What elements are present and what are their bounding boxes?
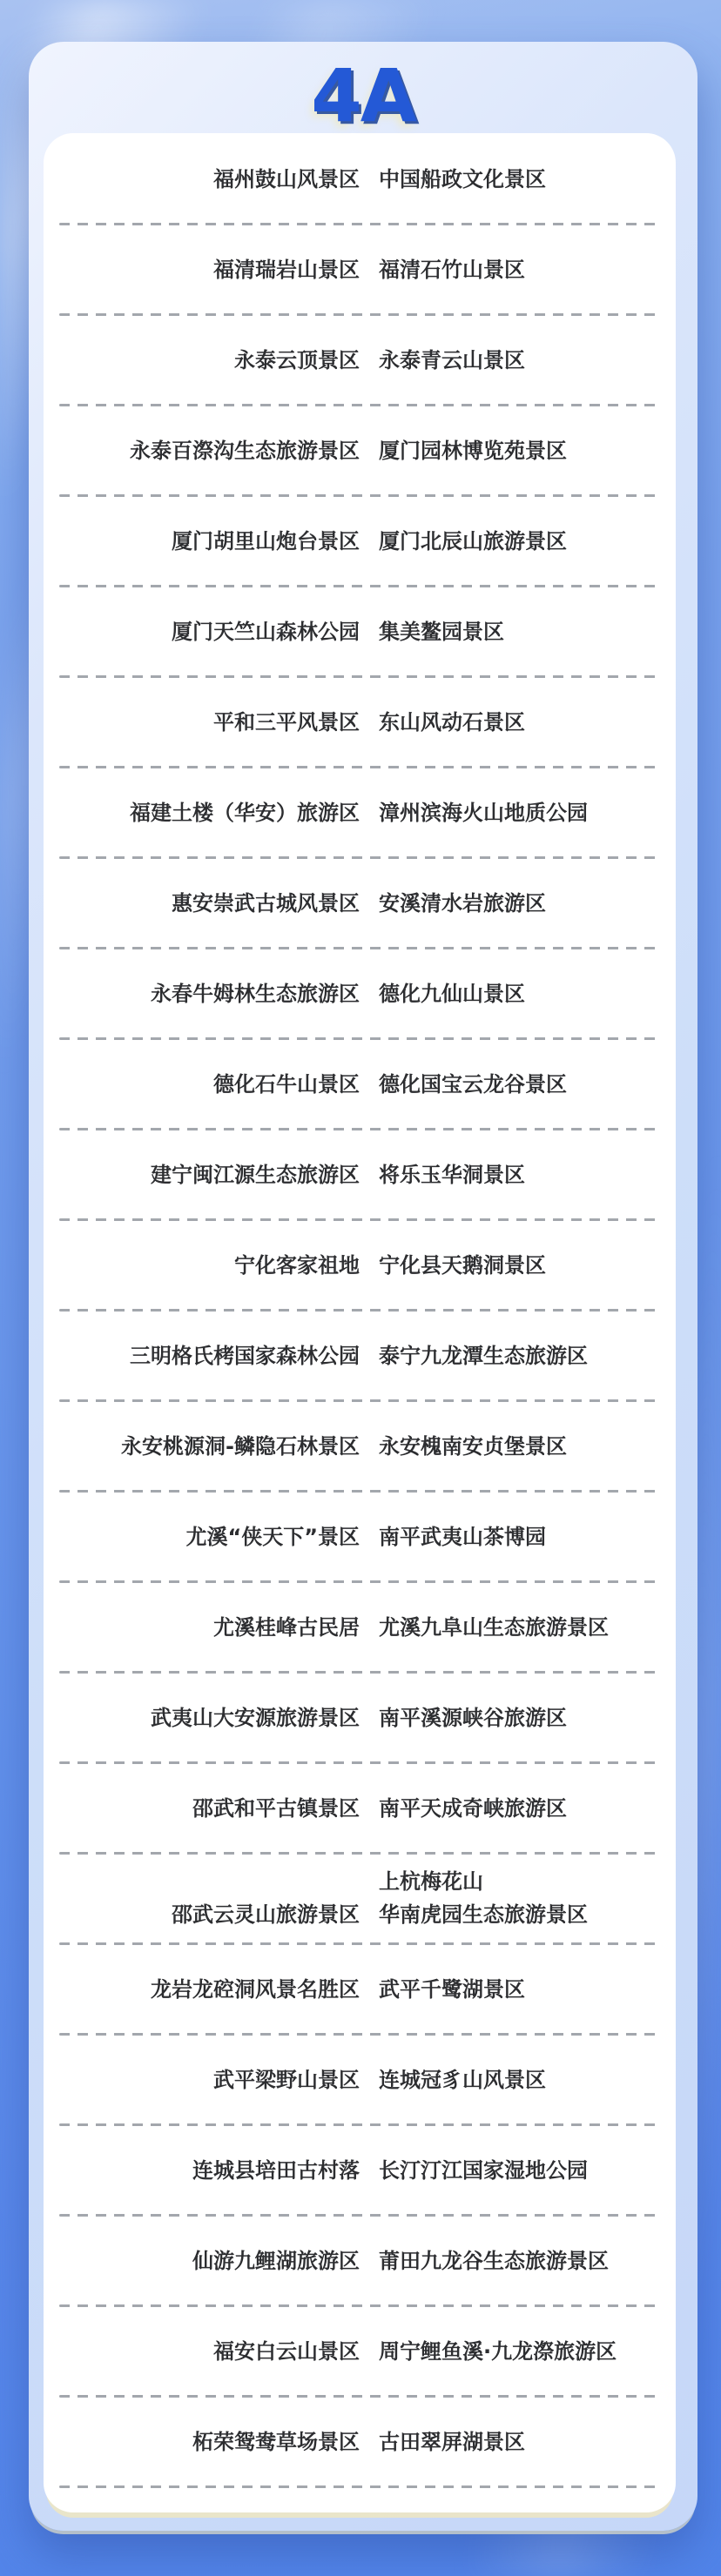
row-left-scenic-name: 建宁闽江源生态旅游区 <box>44 1158 360 1191</box>
row-left-scenic-name: 福州鼓山风景区 <box>44 163 360 196</box>
row-right-scenic-name-line: 连城冠豸山风景区 <box>379 2063 676 2096</box>
list-row: 仙游九鲤湖旅游区莆田九龙谷生态旅游景区 <box>44 2217 676 2304</box>
list-row: 连城县培田古村落长汀汀江国家湿地公园 <box>44 2126 676 2214</box>
list-row: 龙岩龙硿洞风景名胜区武平千鹭湖景区 <box>44 1945 676 2033</box>
row-right-scenic-name-line: 将乐玉华洞景区 <box>379 1158 676 1191</box>
row-left-scenic-name: 武平梁野山景区 <box>44 2063 360 2096</box>
row-right-scenic-name: 泰宁九龙潭生态旅游区 <box>379 1339 676 1372</box>
row-left-scenic-name: 龙岩龙硿洞风景名胜区 <box>44 1973 360 2006</box>
row-left-scenic-name: 尤溪“侠天下”景区 <box>44 1520 360 1553</box>
row-right-scenic-name: 长汀汀江国家湿地公园 <box>379 2154 676 2187</box>
row-right-scenic-name: 永安槐南安贞堡景区 <box>379 1430 676 1463</box>
row-right-scenic-name: 福清石竹山景区 <box>379 253 676 286</box>
row-right-scenic-name-line: 南平溪源峡谷旅游区 <box>379 1701 676 1734</box>
row-right-scenic-name-line: 南平武夷山茶博园 <box>379 1520 676 1553</box>
row-right-scenic-name: 中国船政文化景区 <box>379 163 676 196</box>
row-right-scenic-name: 宁化县天鹅洞景区 <box>379 1249 676 1282</box>
row-left-scenic-name: 厦门天竺山森林公园 <box>44 615 360 648</box>
row-dashed-divider <box>59 2485 660 2488</box>
row-right-scenic-name-line: 东山风动石景区 <box>379 706 676 739</box>
list-row: 武平梁野山景区连城冠豸山风景区 <box>44 2036 676 2123</box>
row-right-scenic-name: 南平溪源峡谷旅游区 <box>379 1701 676 1734</box>
list-row: 福建土楼（华安）旅游区漳州滨海火山地质公园 <box>44 768 676 856</box>
list-row: 永春牛姆林生态旅游区德化九仙山景区 <box>44 949 676 1037</box>
row-right-scenic-name: 东山风动石景区 <box>379 706 676 739</box>
row-left-scenic-name: 连城县培田古村落 <box>44 2154 360 2187</box>
row-right-scenic-name-line: 集美鳌园景区 <box>379 615 676 648</box>
row-left-scenic-name: 厦门胡里山炮台景区 <box>44 525 360 558</box>
row-right-scenic-name-line: 上杭梅花山 <box>379 1865 676 1898</box>
scenic-area-list-card: 福州鼓山风景区中国船政文化景区福清瑞岩山景区福清石竹山景区永泰云顶景区永泰青云山… <box>44 133 676 2512</box>
row-right-scenic-name: 将乐玉华洞景区 <box>379 1158 676 1191</box>
row-left-scenic-name: 惠安崇武古城风景区 <box>44 887 360 920</box>
row-left-scenic-name: 宁化客家祖地 <box>44 1249 360 1282</box>
row-right-scenic-name: 连城冠豸山风景区 <box>379 2063 676 2096</box>
list-row: 平和三平风景区东山风动石景区 <box>44 678 676 766</box>
row-left-scenic-name: 永泰百漈沟生态旅游景区 <box>44 434 360 467</box>
list-row: 厦门天竺山森林公园集美鳌园景区 <box>44 587 676 675</box>
row-right-scenic-name: 厦门北辰山旅游景区 <box>379 525 676 558</box>
row-left-scenic-name: 邵武云灵山旅游景区 <box>44 1898 360 1931</box>
list-row: 尤溪“侠天下”景区南平武夷山茶博园 <box>44 1493 676 1580</box>
row-right-scenic-name: 南平天成奇峡旅游区 <box>379 1792 676 1825</box>
row-right-scenic-name: 尤溪九阜山生态旅游景区 <box>379 1611 676 1644</box>
list-row: 尤溪桂峰古民居尤溪九阜山生态旅游景区 <box>44 1583 676 1671</box>
list-row: 永泰云顶景区永泰青云山景区 <box>44 316 676 404</box>
grade-title: 4A <box>29 42 697 133</box>
row-right-scenic-name-line: 永泰青云山景区 <box>379 344 676 377</box>
row-right-scenic-name-line: 华南虎园生态旅游景区 <box>379 1898 676 1931</box>
list-row: 邵武和平古镇景区南平天成奇峡旅游区 <box>44 1764 676 1852</box>
row-right-scenic-name: 南平武夷山茶博园 <box>379 1520 676 1553</box>
row-right-scenic-name-line: 德化九仙山景区 <box>379 977 676 1010</box>
list-row: 武夷山大安源旅游景区南平溪源峡谷旅游区 <box>44 1674 676 1761</box>
row-left-scenic-name: 三明格氏栲国家森林公园 <box>44 1339 360 1372</box>
row-left-scenic-name: 仙游九鲤湖旅游区 <box>44 2244 360 2277</box>
list-row: 柘荣鸳鸯草场景区古田翠屏湖景区 <box>44 2398 676 2485</box>
row-right-scenic-name-line: 莆田九龙谷生态旅游景区 <box>379 2244 676 2277</box>
row-right-scenic-name-line: 长汀汀江国家湿地公园 <box>379 2154 676 2187</box>
row-right-scenic-name-line: 武平千鹭湖景区 <box>379 1973 676 2006</box>
row-right-scenic-name: 德化九仙山景区 <box>379 977 676 1010</box>
list-row: 福州鼓山风景区中国船政文化景区 <box>44 135 676 223</box>
row-left-scenic-name: 尤溪桂峰古民居 <box>44 1611 360 1644</box>
row-right-scenic-name-line: 厦门北辰山旅游景区 <box>379 525 676 558</box>
list-row: 德化石牛山景区德化国宝云龙谷景区 <box>44 1040 676 1128</box>
row-right-scenic-name: 德化国宝云龙谷景区 <box>379 1068 676 1101</box>
row-right-scenic-name-line: 中国船政文化景区 <box>379 163 676 196</box>
row-right-scenic-name-line: 安溪清水岩旅游区 <box>379 887 676 920</box>
row-right-scenic-name: 集美鳌园景区 <box>379 615 676 648</box>
row-left-scenic-name: 德化石牛山景区 <box>44 1068 360 1101</box>
list-row: 福安白云山景区周宁鲤鱼溪·九龙漈旅游区 <box>44 2307 676 2395</box>
row-right-scenic-name: 安溪清水岩旅游区 <box>379 887 676 920</box>
grade-panel: 4A 福州鼓山风景区中国船政文化景区福清瑞岩山景区福清石竹山景区永泰云顶景区永泰… <box>29 42 697 2531</box>
row-left-scenic-name: 平和三平风景区 <box>44 706 360 739</box>
row-right-scenic-name-line: 南平天成奇峡旅游区 <box>379 1792 676 1825</box>
row-right-scenic-name-line: 宁化县天鹅洞景区 <box>379 1249 676 1282</box>
row-left-scenic-name: 福安白云山景区 <box>44 2335 360 2368</box>
row-left-scenic-name: 永安桃源洞-鳞隐石林景区 <box>44 1430 360 1463</box>
row-right-scenic-name: 莆田九龙谷生态旅游景区 <box>379 2244 676 2277</box>
row-right-scenic-name: 周宁鲤鱼溪·九龙漈旅游区 <box>379 2335 676 2368</box>
row-left-scenic-name: 福建土楼（华安）旅游区 <box>44 796 360 829</box>
row-right-scenic-name-line: 德化国宝云龙谷景区 <box>379 1068 676 1101</box>
row-right-scenic-name-line: 尤溪九阜山生态旅游景区 <box>379 1611 676 1644</box>
row-right-scenic-name-line: 永安槐南安贞堡景区 <box>379 1430 676 1463</box>
row-left-scenic-name: 永泰云顶景区 <box>44 344 360 377</box>
list-row: 三明格氏栲国家森林公园泰宁九龙潭生态旅游区 <box>44 1311 676 1399</box>
list-row: 永泰百漈沟生态旅游景区厦门园林博览苑景区 <box>44 406 676 494</box>
row-right-scenic-name: 古田翠屏湖景区 <box>379 2425 676 2459</box>
list-row: 邵武云灵山旅游景区上杭梅花山华南虎园生态旅游景区 <box>44 1855 676 1942</box>
row-right-scenic-name-line: 周宁鲤鱼溪·九龙漈旅游区 <box>379 2335 676 2368</box>
list-row: 惠安崇武古城风景区安溪清水岩旅游区 <box>44 859 676 947</box>
row-left-scenic-name: 武夷山大安源旅游景区 <box>44 1701 360 1734</box>
row-right-scenic-name: 漳州滨海火山地质公园 <box>379 796 676 829</box>
list-row: 宁化客家祖地宁化县天鹅洞景区 <box>44 1221 676 1309</box>
row-right-scenic-name-line: 福清石竹山景区 <box>379 253 676 286</box>
row-left-scenic-name: 邵武和平古镇景区 <box>44 1792 360 1825</box>
list-row: 福清瑞岩山景区福清石竹山景区 <box>44 225 676 313</box>
row-left-scenic-name: 福清瑞岩山景区 <box>44 253 360 286</box>
list-row: 厦门胡里山炮台景区厦门北辰山旅游景区 <box>44 497 676 585</box>
row-right-scenic-name: 厦门园林博览苑景区 <box>379 434 676 467</box>
row-left-scenic-name: 永春牛姆林生态旅游区 <box>44 977 360 1010</box>
row-right-scenic-name: 永泰青云山景区 <box>379 344 676 377</box>
row-right-scenic-name: 武平千鹭湖景区 <box>379 1973 676 2006</box>
row-right-scenic-name-line: 漳州滨海火山地质公园 <box>379 796 676 829</box>
row-left-scenic-name: 柘荣鸳鸯草场景区 <box>44 2425 360 2459</box>
row-right-scenic-name: 上杭梅花山华南虎园生态旅游景区 <box>379 1865 676 1931</box>
row-right-scenic-name-line: 泰宁九龙潭生态旅游区 <box>379 1339 676 1372</box>
list-row: 建宁闽江源生态旅游区将乐玉华洞景区 <box>44 1130 676 1218</box>
row-right-scenic-name-line: 古田翠屏湖景区 <box>379 2425 676 2459</box>
row-right-scenic-name-line: 厦门园林博览苑景区 <box>379 434 676 467</box>
list-row: 永安桃源洞-鳞隐石林景区永安槐南安贞堡景区 <box>44 1402 676 1490</box>
